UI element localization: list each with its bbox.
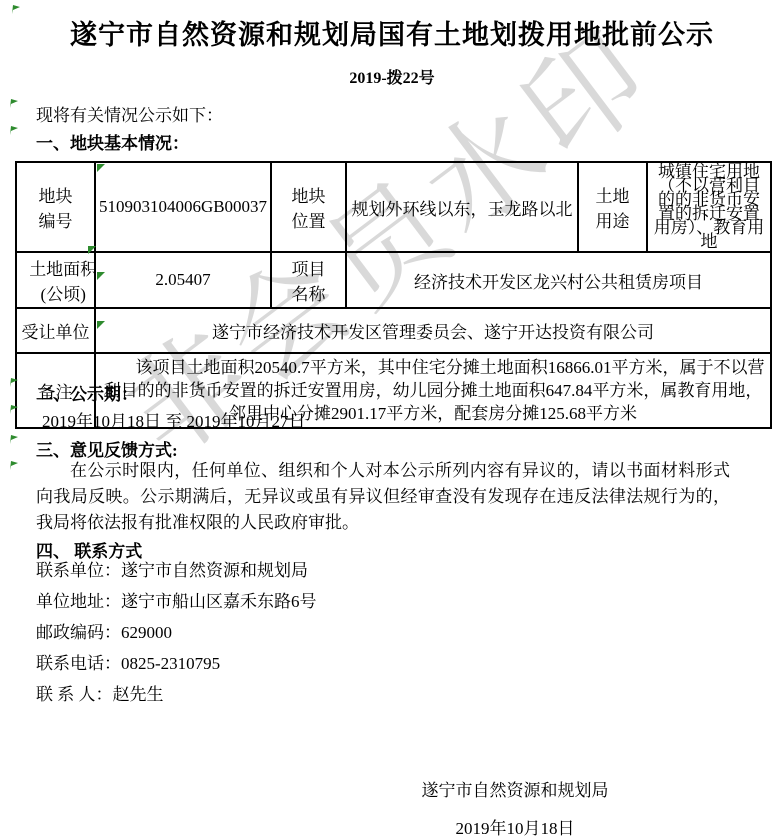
project-label-cell: 项目名称 xyxy=(271,252,346,308)
project-value-cell: 经济技术开发区龙兴村公共租赁房项目 xyxy=(346,252,771,308)
cell-comment-icon xyxy=(88,246,97,255)
cell-comment-icon xyxy=(97,164,106,173)
cell-comment-icon xyxy=(97,321,106,330)
table-row: 受让单位 遂宁市经济技术开发区管理委员会、遂宁开达投资有限公司 xyxy=(16,308,771,353)
section-heading-basic-info: 一、地块基本情况： xyxy=(36,129,189,154)
intro-line: 现将有关情况公示如下： xyxy=(36,101,223,126)
issuing-date: 2019年10月18日 xyxy=(350,814,680,836)
page-title: 遂宁市自然资源和规划局国有土地划拨用地批前公示 xyxy=(0,13,784,52)
cell-comment-icon xyxy=(97,272,106,281)
location-label-cell: 地块位置 xyxy=(271,162,346,252)
area-label-cell: 土地面积(公顷) xyxy=(16,252,95,308)
table-row: 土地面积(公顷) 2.05407 项目名称 经济技术开发区龙兴村公共租赁房项目 xyxy=(16,252,771,308)
plot-no-label: 地块编号 xyxy=(38,182,74,232)
document-number: 2019-拨22号 xyxy=(0,65,784,88)
signature-block: 遂宁市自然资源和规划局 2019年10月18日 xyxy=(350,776,680,836)
revision-flag-icon xyxy=(9,461,18,470)
revision-flag-icon xyxy=(9,99,18,108)
grantee-value-cell: 遂宁市经济技术开发区管理委员会、遂宁开达投资有限公司 xyxy=(95,308,771,353)
section-heading-publicity-period: 二、公示期： xyxy=(36,380,138,405)
use-label-cell: 土地用途 xyxy=(578,162,647,252)
contact-block: 联系单位：遂宁市自然资源和规划局 单位地址：遂宁市船山区嘉禾东路6号 邮政编码：… xyxy=(36,562,317,717)
publicity-date-range: 2019年10月18日 至 2019年10月27日 xyxy=(42,407,306,432)
feedback-paragraph: 在公示时限内，任何单位、组织和个人对本公示所列内容有异议的，请以书面材料形式向我… xyxy=(36,458,730,536)
project-label: 项目名称 xyxy=(291,255,327,305)
contact-unit-line: 联系单位：遂宁市自然资源和规划局 xyxy=(36,562,317,580)
revision-flag-icon xyxy=(9,405,18,414)
contact-phone-line: 联系电话：0825-2310795 xyxy=(36,655,317,673)
location-value-cell: 规划外环线以东，玉龙路以北 xyxy=(346,162,578,252)
contact-postcode-line: 邮政编码：629000 xyxy=(36,624,317,642)
revision-flag-icon xyxy=(11,5,20,14)
revision-flag-icon xyxy=(9,378,18,387)
use-label: 土地用途 xyxy=(595,182,631,232)
location-label: 地块位置 xyxy=(291,182,327,232)
area-value-cell: 2.05407 xyxy=(95,252,271,308)
section-heading-contact: 四、 联系方式 xyxy=(36,537,142,562)
issuing-org: 遂宁市自然资源和规划局 xyxy=(350,776,680,801)
plot-no-value-cell: 510903104006GB00037 xyxy=(95,162,271,252)
use-value-cell: 城镇住宅用地（不以营利目的的非货币安置的拆迁安置用房）、教育用地 xyxy=(647,162,771,252)
contact-person-line: 联 系 人：赵先生 xyxy=(36,686,317,704)
contact-address-line: 单位地址：遂宁市船山区嘉禾东路6号 xyxy=(36,593,317,611)
table-row: 地块编号 510903104006GB00037 地块位置 规划外环线以东，玉龙… xyxy=(16,162,771,252)
grantee-label-cell: 受让单位 xyxy=(16,308,95,353)
plot-no-label-cell: 地块编号 xyxy=(16,162,95,252)
revision-flag-icon xyxy=(9,435,18,444)
notice-document-page: 非会员水印 遂宁市自然资源和规划局国有土地划拨用地批前公示 2019-拨22号 … xyxy=(0,0,784,836)
area-label: 土地面积(公顷) xyxy=(19,255,95,305)
revision-flag-icon xyxy=(9,126,18,135)
